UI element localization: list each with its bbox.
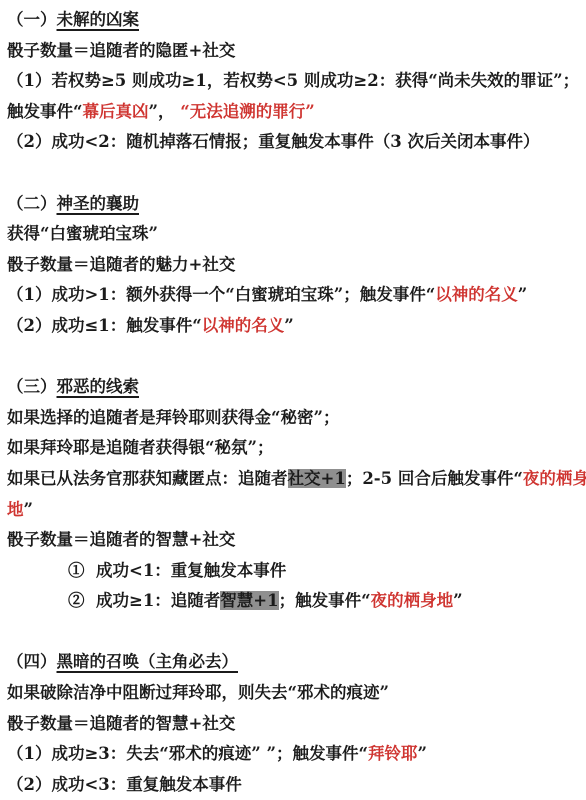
event-name-red-text: 夜的栖身地	[371, 591, 454, 610]
section-title-text: 未解的凶案	[57, 10, 140, 29]
text-line: （一）未解的凶案	[0, 5, 586, 36]
text-line: 骰子数量＝追随者的魅力+社交	[0, 250, 586, 281]
body-text: ”，	[149, 102, 181, 121]
body-text: （1）若权势≥5 则成功≥1，若权势<5 则成功≥2：获得“尚未失效的罪证”；	[7, 71, 579, 90]
event-name-red-text: 地	[7, 500, 24, 519]
event-name-red-text: 幕后真凶	[83, 102, 149, 121]
text-line: 获得“白蜜琥珀宝珠”	[0, 219, 586, 250]
section-1-unsolved-murder: （一）未解的凶案骰子数量＝追随者的隐匿+社交（1）若权势≥5 则成功≥1，若权势…	[0, 5, 586, 158]
body-text: ”	[284, 316, 294, 335]
body-text: 骰子数量＝追随者的智慧+社交	[7, 530, 235, 549]
body-text: 如果拜玲耶是追随者获得银“秘氛”；	[7, 438, 273, 457]
text-line: ② 成功≥1：追随者智慧+1；触发事件“夜的栖身地”	[0, 586, 586, 617]
text-line: （二）神圣的襄助	[0, 189, 586, 220]
event-name-red-text: 以神的名义	[435, 285, 518, 304]
text-line: （2）成功<3：重复触发本事件	[0, 770, 586, 800]
body-text: 触发事件“	[7, 102, 83, 121]
body-text: ”	[418, 744, 428, 763]
body-text: ② 成功≥1：追随者	[68, 591, 220, 610]
text-line: （2）成功≤1：触发事件“以神的名义”	[0, 311, 586, 342]
body-text: （2）成功≤1：触发事件“	[7, 316, 202, 335]
text-line: 骰子数量＝追随者的隐匿+社交	[0, 36, 586, 67]
section-3-evil-clue: （三）邪恶的线索如果选择的追随者是拜铃耶则获得金“秘密”；如果拜玲耶是追随者获得…	[0, 372, 586, 617]
section-2-holy-assistance: （二）神圣的襄助获得“白蜜琥珀宝珠”骰子数量＝追随者的魅力+社交（1）成功>1：…	[0, 189, 586, 342]
body-text: （1）成功≥3：失去“邪术的痕迹” ”；触发事件“	[7, 744, 368, 763]
text-line: （1）若权势≥5 则成功≥1，若权势<5 则成功≥2：获得“尚未失效的罪证”；	[0, 66, 586, 97]
text-line: 如果已从法务官那获知藏匿点：追随者社交+1；2-5 回合后触发事件“夜的栖身	[0, 464, 586, 495]
text-line: 如果拜玲耶是追随者获得银“秘氛”；	[0, 433, 586, 464]
event-name-red-text: “无法追溯的罪行”	[180, 102, 314, 121]
event-name-red-text: 拜铃耶	[368, 744, 418, 763]
text-line: 触发事件“幕后真凶”， “无法追溯的罪行”	[0, 97, 586, 128]
section-title-text: 邪恶的线索	[57, 377, 140, 396]
text-line: （三）邪恶的线索	[0, 372, 586, 403]
body-text: ；触发事件“	[279, 591, 371, 610]
text-line: ① 成功<1：重复触发本事件	[0, 556, 586, 587]
document-body: （一）未解的凶案骰子数量＝追随者的隐匿+社交（1）若权势≥5 则成功≥1，若权势…	[0, 5, 586, 800]
stat-bonus-highlight: 智慧+1	[220, 591, 278, 610]
body-text: ”	[24, 500, 34, 519]
text-line: 如果破除洁净中阻断过拜玲耶，则失去“邪术的痕迹”	[0, 678, 586, 709]
body-text: 如果已从法务官那获知藏匿点：追随者	[7, 469, 288, 488]
body-text: ”	[453, 591, 463, 610]
stat-bonus-highlight: 社交+1	[288, 469, 346, 488]
event-name-red-text: 夜的栖身	[523, 469, 586, 488]
body-text: ① 成功<1：重复触发本事件	[68, 561, 286, 580]
body-text: 如果破除洁净中阻断过拜玲耶，则失去“邪术的痕迹”	[7, 683, 389, 702]
body-text: （二）	[7, 194, 57, 213]
text-line: 地”	[0, 495, 586, 526]
section-title-text: 黑暗的召唤（主角必去）	[57, 652, 239, 671]
section-title-text: 神圣的襄助	[57, 194, 140, 213]
body-text: 获得“白蜜琥珀宝珠”	[7, 224, 158, 243]
text-line: 骰子数量＝追随者的智慧+社交	[0, 525, 586, 556]
body-text: ；2-5 回合后触发事件“	[346, 469, 523, 488]
body-text: （三）	[7, 377, 57, 396]
body-text: ”	[518, 285, 528, 304]
text-line: （1）成功≥3：失去“邪术的痕迹” ”；触发事件“拜铃耶”	[0, 739, 586, 770]
event-name-red-text: 以神的名义	[202, 316, 285, 335]
text-line: 骰子数量＝追随者的智慧+社交	[0, 709, 586, 740]
text-line: （四）黑暗的召唤（主角必去）	[0, 647, 586, 678]
body-text: 骰子数量＝追随者的隐匿+社交	[7, 41, 235, 60]
body-text: 骰子数量＝追随者的智慧+社交	[7, 714, 235, 733]
body-text: （四）	[7, 652, 57, 671]
text-line: （1）成功>1：额外获得一个“白蜜琥珀宝珠”；触发事件“以神的名义”	[0, 280, 586, 311]
text-line: 如果选择的追随者是拜铃耶则获得金“秘密”；	[0, 403, 586, 434]
body-text: （2）成功<2：随机掉落石情报；重复触发本事件（3 次后关闭本事件）	[7, 132, 540, 151]
document-page: （一）未解的凶案骰子数量＝追随者的隐匿+社交（1）若权势≥5 则成功≥1，若权势…	[0, 0, 586, 800]
section-4-dark-summoning: （四）黑暗的召唤（主角必去）如果破除洁净中阻断过拜玲耶，则失去“邪术的痕迹”骰子…	[0, 647, 586, 800]
body-text: 骰子数量＝追随者的魅力+社交	[7, 255, 235, 274]
body-text: 如果选择的追随者是拜铃耶则获得金“秘密”；	[7, 408, 339, 427]
body-text: （1）成功>1：额外获得一个“白蜜琥珀宝珠”；触发事件“	[7, 285, 435, 304]
text-line: （2）成功<2：随机掉落石情报；重复触发本事件（3 次后关闭本事件）	[0, 127, 586, 158]
body-text: （一）	[7, 10, 57, 29]
body-text: （2）成功<3：重复触发本事件	[7, 775, 242, 794]
